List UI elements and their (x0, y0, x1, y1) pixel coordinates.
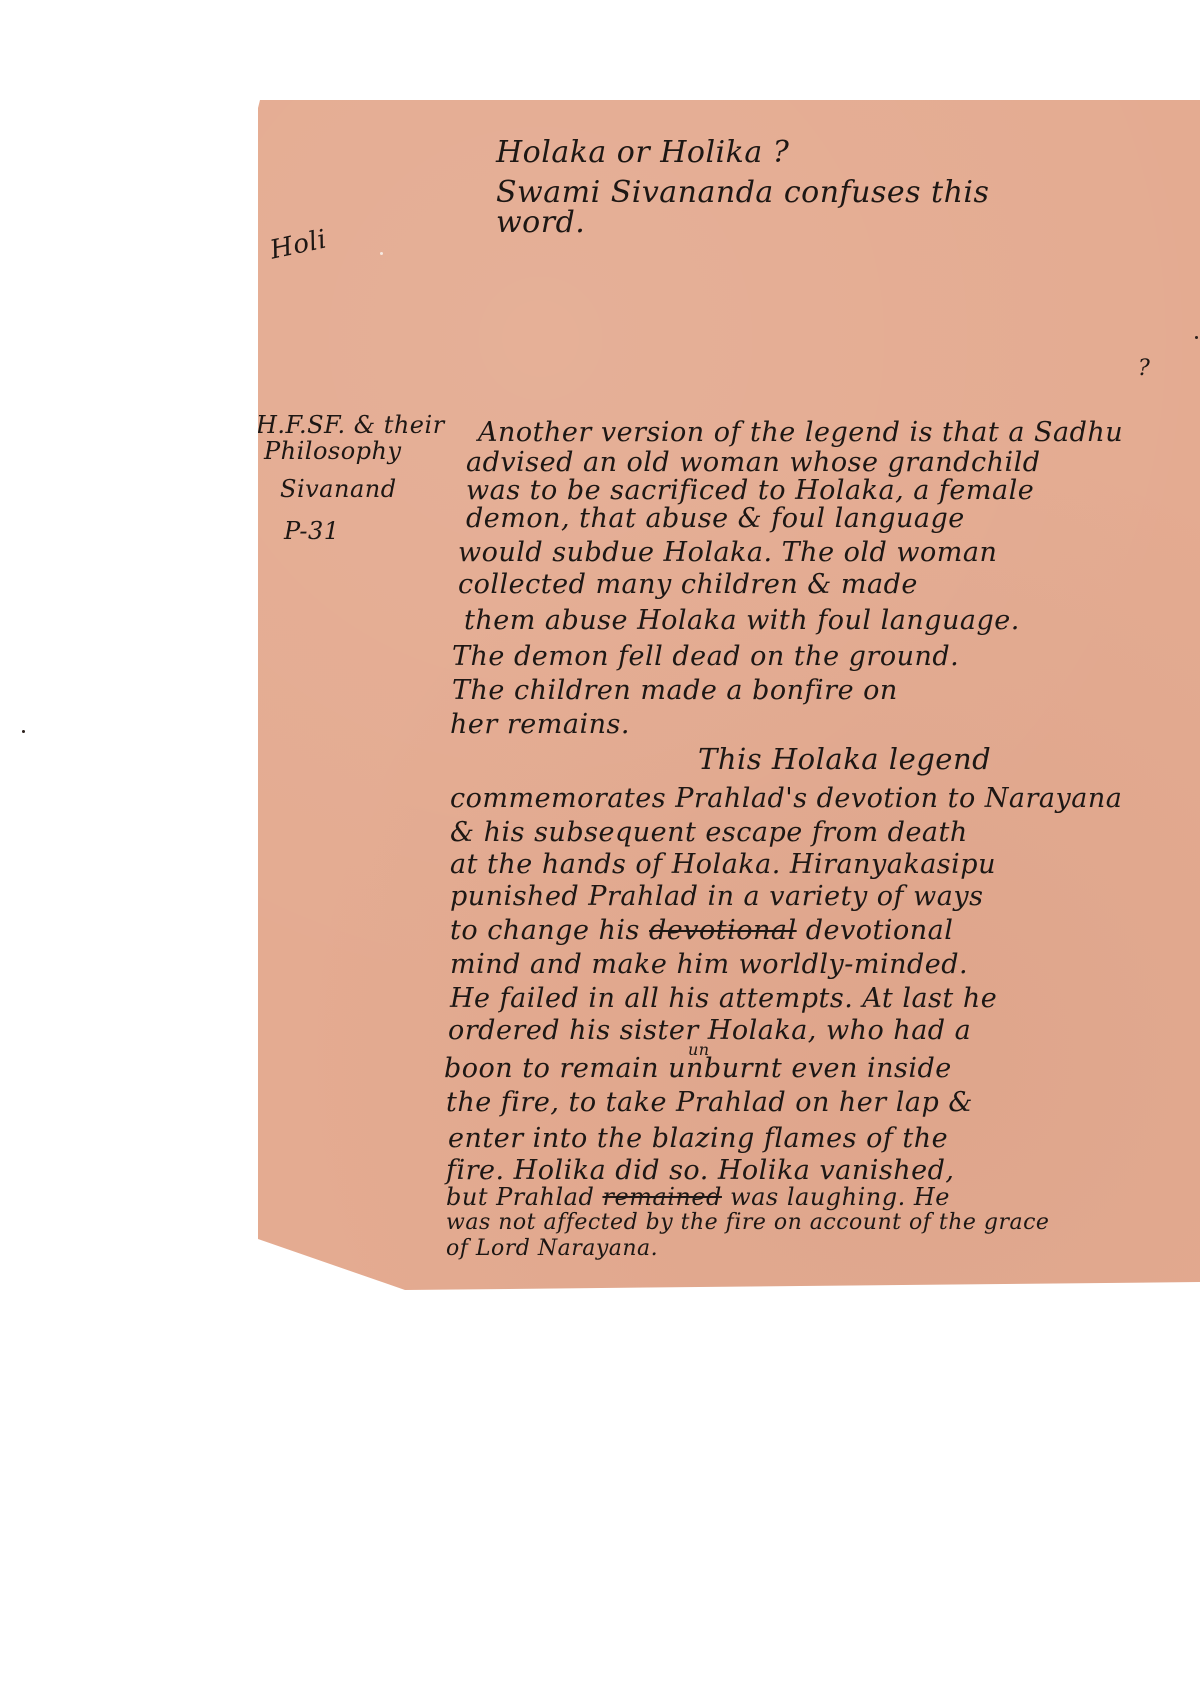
source-note-line-4: P-31 (284, 514, 339, 548)
paragraph-2-lead: This Holaka legend (698, 740, 991, 778)
body-line: the fire, to take Prahlad on her lap & (446, 1084, 973, 1122)
body-line: collected many children & made (458, 566, 918, 604)
source-note-line-2: Philosophy (264, 434, 402, 468)
body-line: punished Prahlad in a variety of ways (450, 878, 983, 916)
header-line-1: Holaka or Holika ? (496, 136, 789, 170)
margin-topic-label: Holi (267, 222, 330, 267)
body-line: mind and make him worldly-minded. (450, 946, 968, 984)
paper-speck (1195, 336, 1198, 339)
body-line: demon, that abuse & foul language (466, 500, 965, 538)
paper-speck (380, 252, 383, 255)
page-mark: ? (1138, 356, 1150, 381)
body-line-with-correction: to change his devotional devotional (450, 912, 953, 950)
struck-word: devotional (649, 915, 797, 946)
body-line: her remains. (450, 706, 630, 744)
body-line: boon to remain unburnt even inside (444, 1050, 952, 1088)
scan-speck (22, 730, 25, 733)
body-line: commemorates Prahlad's devotion to Naray… (450, 780, 1122, 818)
header-line-3: word. (496, 206, 585, 240)
body-line: The demon fell dead on the ground. (452, 638, 959, 676)
corrected-word: devotional (806, 915, 954, 946)
body-line: The children made a bonfire on (452, 672, 898, 710)
scanned-paper-page: Holi Holaka or Holika ? Swami Sivananda … (258, 100, 1200, 1292)
body-line: them abuse Holaka with foul language. (464, 602, 1020, 640)
source-note-line-3: Sivanand (280, 472, 397, 506)
body-line: of Lord Narayana. (446, 1230, 658, 1268)
body-line: ordered his sister Holaka, who had a (448, 1012, 971, 1050)
text-before: to change his (450, 915, 640, 946)
